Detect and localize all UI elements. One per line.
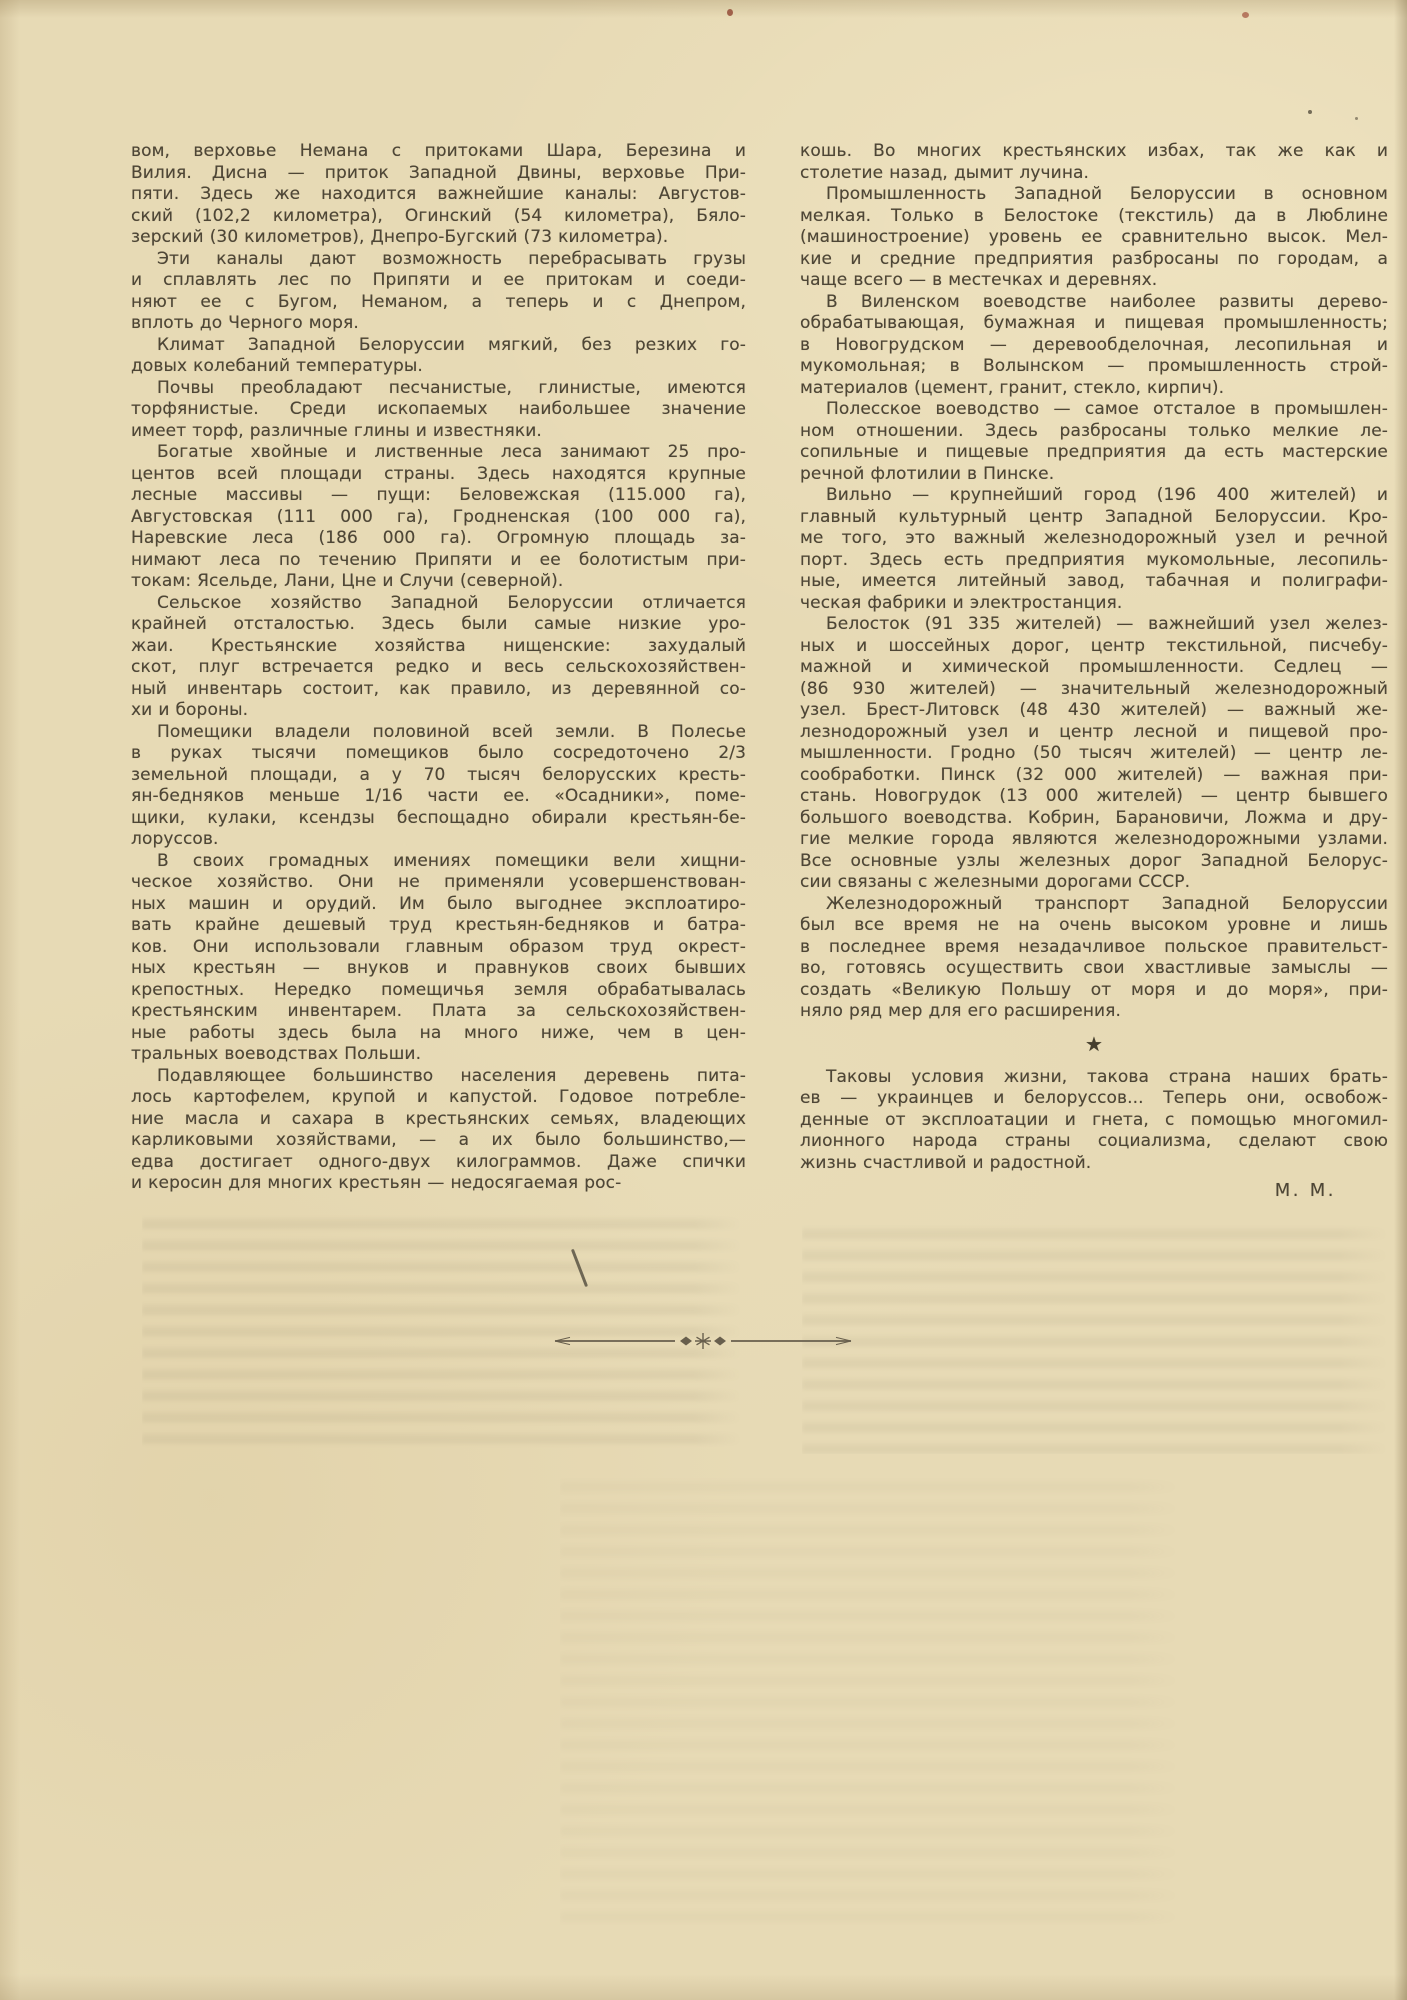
paper-speck xyxy=(1308,110,1312,114)
divider-ornament-icon xyxy=(553,1328,853,1354)
paper-speck xyxy=(1355,117,1358,120)
paper-speck xyxy=(1242,12,1249,18)
paragraph: Полесское воеводство — самое отсталое в … xyxy=(800,399,1388,485)
paragraph: вом, верховье Немана с притоками Шара, Б… xyxy=(131,141,746,249)
left-column: вом, верховье Немана с притоками Шара, Б… xyxy=(131,141,746,1195)
paragraph: Климат Западной Белоруссии мягкий, без р… xyxy=(131,335,746,378)
paragraph: Железнодорожный транспорт Западной Белор… xyxy=(800,894,1388,1023)
paragraph: Подавляющее большинство населения дереве… xyxy=(131,1066,746,1195)
closing-paragraph: Таковы условия жизни, такова страна наши… xyxy=(800,1067,1388,1175)
paragraph: Эти каналы дают возможность перебрасыват… xyxy=(131,249,746,335)
author-signature: М. М. xyxy=(800,1180,1388,1202)
paragraph: В своих громадных имениях помещики вели … xyxy=(131,851,746,1066)
paragraph: Почвы преобладают песчанистые, глинистые… xyxy=(131,378,746,443)
paragraph: Помещики владели половиной всей земли. В… xyxy=(131,722,746,851)
paragraph: Промышленность Западной Белоруссии в осн… xyxy=(800,184,1388,292)
paragraph: кошь. Во многих крестьянских избах, так … xyxy=(800,141,1388,184)
paragraph: В Виленском воеводстве наиболее развиты … xyxy=(800,292,1388,400)
paragraph: Сельское хозяйство Западной Белоруссии о… xyxy=(131,593,746,722)
paragraph: Вильно — крупнейший город (196 400 жител… xyxy=(800,485,1388,614)
paper-speck xyxy=(727,9,733,16)
pen-mark xyxy=(571,1249,588,1287)
paragraph: Белосток (91 335 жителей) — важнейший уз… xyxy=(800,614,1388,894)
page-showthrough xyxy=(802,1222,1388,1454)
star-icon: ★ xyxy=(800,1023,1388,1067)
right-column: кошь. Во многих крестьянских избах, так … xyxy=(800,141,1388,1202)
paragraph: Богатые хвойные и лиственные леса занима… xyxy=(131,442,746,593)
page-showthrough xyxy=(560,1475,1180,1925)
scanned-page: вом, верховье Немана с притоками Шара, Б… xyxy=(0,0,1407,2000)
